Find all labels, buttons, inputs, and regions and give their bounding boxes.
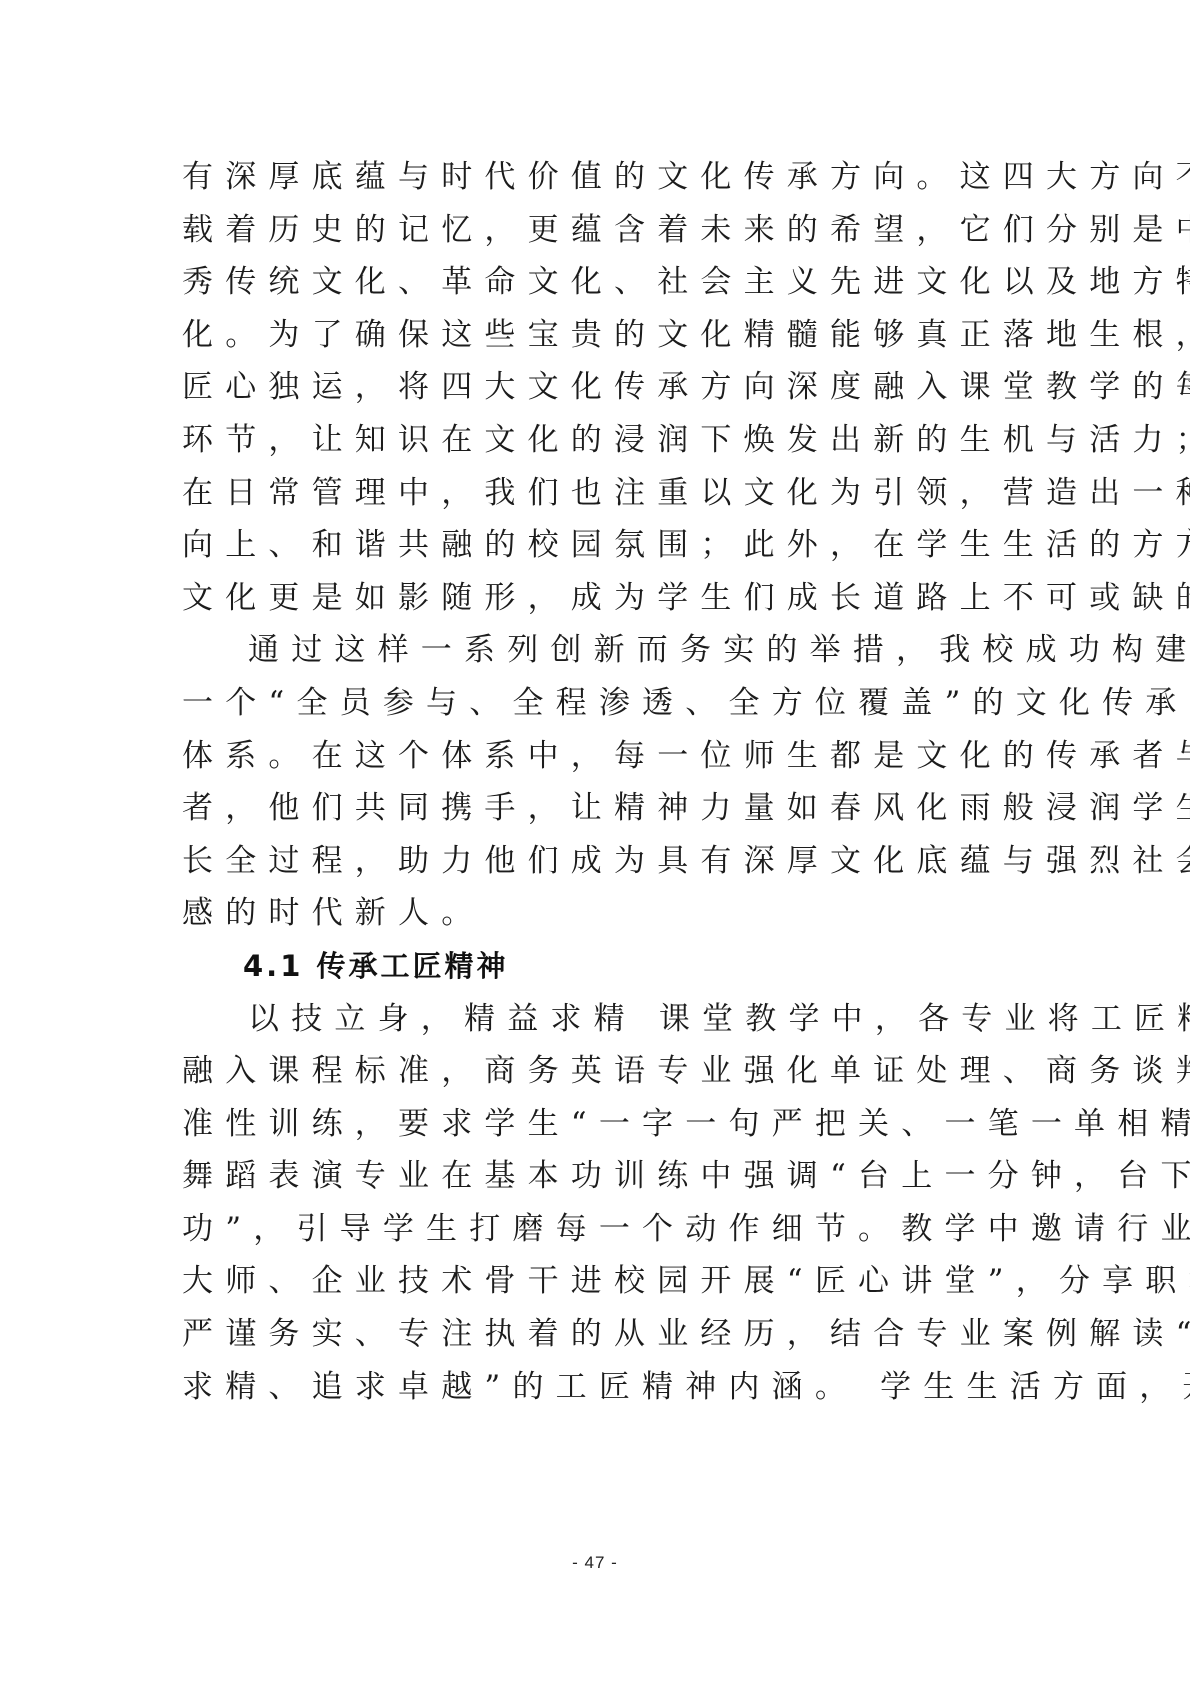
text-line: 求精、追求卓越”的工匠精神内涵。 学生生活方面，开展 xyxy=(182,1361,1012,1414)
text-line: 体系。在这个体系中，每一位师生都是文化的传承者与创造 xyxy=(182,730,1012,783)
text-line: 长全过程，助力他们成为具有深厚文化底蕴与强烈社会责任 xyxy=(182,835,1012,888)
text-line: 大师、企业技术骨干进校园开展“匠心讲堂”，分享职场中 xyxy=(182,1255,1012,1308)
text-line: 有深厚底蕴与时代价值的文化传承方向。这四大方向不仅承 xyxy=(182,151,1012,204)
text-line: 化。为了确保这些宝贵的文化精髓能够真正落地生根，我校 xyxy=(182,309,1012,362)
text-line: 匠心独运，将四大文化传承方向深度融入课堂教学的每一个 xyxy=(182,361,1012,414)
text-line: 环节，让知识在文化的浸润下焕发出新的生机与活力；同时， xyxy=(182,414,1012,467)
document-page: 有深厚底蕴与时代价值的文化传承方向。这四大方向不仅承 载着历史的记忆，更蕴含着未… xyxy=(0,0,1190,1683)
section-heading: 4.1 传承工匠精神 xyxy=(182,940,1012,993)
text-line: 向上、和谐共融的校园氛围；此外，在学生生活的方方面面， xyxy=(182,519,1012,572)
text-line: 文化更是如影随形，成为学生们成长道路上不可或缺的滋养。 xyxy=(182,572,1012,625)
paragraph-first-line: 通过这样一系列创新而务实的举措，我校成功构建起了 xyxy=(182,624,1012,677)
page-number: - 47 - xyxy=(0,1553,1190,1573)
text-line: 准性训练，要求学生“一字一句严把关、一笔一单相精准”； xyxy=(182,1098,1012,1151)
text-line: 秀传统文化、革命文化、社会主义先进文化以及地方特色文 xyxy=(182,256,1012,309)
text-line: 在日常管理中，我们也注重以文化为引领，营造出一种积极 xyxy=(182,467,1012,520)
paragraph-first-line: 以技立身，精益求精 课堂教学中，各专业将工匠精神 xyxy=(182,993,1012,1046)
body-text: 有深厚底蕴与时代价值的文化传承方向。这四大方向不仅承 载着历史的记忆，更蕴含着未… xyxy=(182,151,1012,1413)
text-line: 感的时代新人。 xyxy=(182,887,1012,940)
text-line: 者，他们共同携手，让精神力量如春风化雨般浸润学生的成 xyxy=(182,782,1012,835)
text-line: 载着历史的记忆，更蕴含着未来的希望，它们分别是中华优 xyxy=(182,204,1012,257)
text-line: 严谨务实、专注执着的从业经历，结合专业案例解读“精益 xyxy=(182,1308,1012,1361)
text-line: 融入课程标准，商务英语专业强化单证处理、商务谈判的精 xyxy=(182,1045,1012,1098)
text-line: 舞蹈表演专业在基本功训练中强调“台上一分钟，台下十年 xyxy=(182,1150,1012,1203)
text-line: 功”，引导学生打磨每一个动作细节。教学中邀请行业技能 xyxy=(182,1203,1012,1256)
text-line: 一个“全员参与、全程渗透、全方位覆盖”的文化传承育人 xyxy=(182,677,1012,730)
